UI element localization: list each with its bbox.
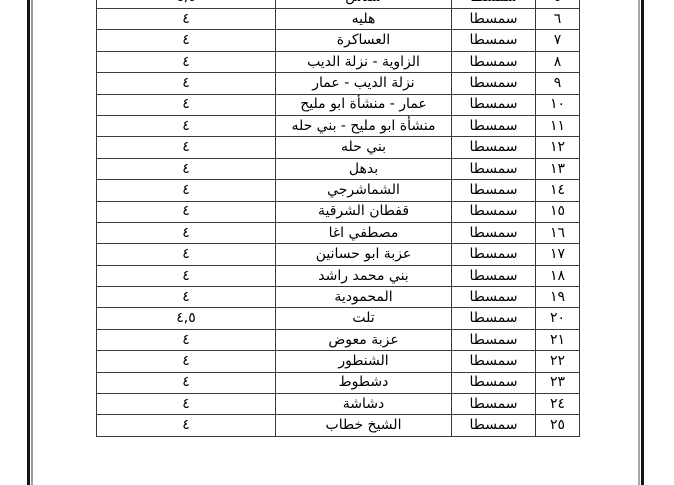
row-number-cell: ٢١ xyxy=(536,329,580,350)
table-row: ٢٤سمسطادشاشة٤ xyxy=(97,394,580,415)
district-cell: سمسطا xyxy=(452,351,536,372)
village-name-cell: تلت xyxy=(276,308,452,329)
row-number-cell: ١١ xyxy=(536,115,580,136)
table-row: ١٥سمسطاقفطان الشرقية٤ xyxy=(97,201,580,222)
value-cell: ٤ xyxy=(97,180,276,201)
row-number-cell: ٢٢ xyxy=(536,351,580,372)
row-number-cell: ١٦ xyxy=(536,222,580,243)
village-name-cell: عزبة معوض xyxy=(276,329,452,350)
district-cell: سمسطا xyxy=(452,265,536,286)
row-number-cell: ٧ xyxy=(536,30,580,51)
district-cell: سمسطا xyxy=(452,51,536,72)
village-name-cell: دشطوط xyxy=(276,372,452,393)
value-cell: ٤ xyxy=(97,201,276,222)
village-name-cell: بني محمد راشد xyxy=(276,265,452,286)
row-number-cell: ١٣ xyxy=(536,158,580,179)
value-cell: ٤ xyxy=(97,372,276,393)
row-number-cell: ٩ xyxy=(536,73,580,94)
value-cell: ٤ xyxy=(97,394,276,415)
value-cell: ٤ xyxy=(97,137,276,158)
row-number-cell: ١٩ xyxy=(536,287,580,308)
page-border-left-shadow-line xyxy=(31,0,33,485)
village-name-cell: هليه xyxy=(276,9,452,30)
district-cell: سمسطا xyxy=(452,115,536,136)
row-number-cell: ١٠ xyxy=(536,94,580,115)
table-row: ٢٥سمسطاالشيخ خطاب٤ xyxy=(97,415,580,436)
table-row: ١٠سمسطاعمار - منشأة ابو مليح٤ xyxy=(97,94,580,115)
district-cell: سمسطا xyxy=(452,244,536,265)
value-cell: ٤ xyxy=(97,30,276,51)
village-name-cell: الزاوية - نزلة الديب xyxy=(276,51,452,72)
village-name-cell: عمار - منشأة ابو مليح xyxy=(276,94,452,115)
table-row: ٨سمسطاالزاوية - نزلة الديب٤ xyxy=(97,51,580,72)
district-cell: سمسطا xyxy=(452,222,536,243)
district-cell: سمسطا xyxy=(452,415,536,436)
row-number-cell: ١٢ xyxy=(536,137,580,158)
district-cell: سمسطا xyxy=(452,287,536,308)
row-number-cell: ٥ xyxy=(536,0,580,9)
value-cell: ٤ xyxy=(97,351,276,372)
village-name-cell: دشاشة xyxy=(276,394,452,415)
village-name-cell: الشيخ خطاب xyxy=(276,415,452,436)
value-cell: ٤ xyxy=(97,329,276,350)
row-number-cell: ٢٥ xyxy=(536,415,580,436)
table-row: ١٩سمسطاالمحمودية٤ xyxy=(97,287,580,308)
district-cell: سمسطا xyxy=(452,137,536,158)
table-row: ١٦سمسطامصطفي اغا٤ xyxy=(97,222,580,243)
table-row: ٢٢سمسطاالشنطور٤ xyxy=(97,351,580,372)
value-cell: ٤ xyxy=(97,51,276,72)
village-name-cell: مصطفي اغا xyxy=(276,222,452,243)
district-cell: سمسطا xyxy=(452,308,536,329)
value-cell: ٤,٥ xyxy=(97,0,276,9)
table-row: ٩سمسطانزلة الديب - عمار٤ xyxy=(97,73,580,94)
district-cell: سمسطا xyxy=(452,201,536,222)
district-cell: سمسطا xyxy=(452,372,536,393)
village-name-cell: الشنطور xyxy=(276,351,452,372)
table-row: ٧سمسطاالعساكرة٤ xyxy=(97,30,580,51)
table-row: ٥سمسطاسدس٤,٥ xyxy=(97,0,580,9)
district-cell: سمسطا xyxy=(452,9,536,30)
page-border-right-shadow-line xyxy=(638,0,640,485)
table-row: ٢٣سمسطادشطوط٤ xyxy=(97,372,580,393)
table-row: ١٧سمسطاعزبة ابو حسانين٤ xyxy=(97,244,580,265)
district-cell: سمسطا xyxy=(452,0,536,9)
table-row: ٢٠سمسطاتلت٤,٥ xyxy=(97,308,580,329)
row-number-cell: ٦ xyxy=(536,9,580,30)
row-number-cell: ٢٠ xyxy=(536,308,580,329)
document-page: ٥سمسطاسدس٤,٥٦سمسطاهليه٤٧سمسطاالعساكرة٤٨س… xyxy=(0,0,674,485)
table-row: ٦سمسطاهليه٤ xyxy=(97,9,580,30)
district-cell: سمسطا xyxy=(452,329,536,350)
row-number-cell: ١٥ xyxy=(536,201,580,222)
value-cell: ٤ xyxy=(97,415,276,436)
district-cell: سمسطا xyxy=(452,30,536,51)
row-number-cell: ٢٣ xyxy=(536,372,580,393)
value-cell: ٤ xyxy=(97,265,276,286)
row-number-cell: ٢٤ xyxy=(536,394,580,415)
value-cell: ٤ xyxy=(97,244,276,265)
table-row: ١٨سمسطابني محمد راشد٤ xyxy=(97,265,580,286)
value-cell: ٤ xyxy=(97,222,276,243)
district-cell: سمسطا xyxy=(452,394,536,415)
village-name-cell: بني حله xyxy=(276,137,452,158)
page-border-right-line xyxy=(641,0,644,485)
table-row: ٢١سمسطاعزبة معوض٤ xyxy=(97,329,580,350)
table-row: ١٢سمسطابني حله٤ xyxy=(97,137,580,158)
village-name-cell: العساكرة xyxy=(276,30,452,51)
village-name-cell: الشماشرجي xyxy=(276,180,452,201)
value-cell: ٤ xyxy=(97,115,276,136)
table-row: ١٣سمسطابدهل٤ xyxy=(97,158,580,179)
row-number-cell: ٨ xyxy=(536,51,580,72)
value-cell: ٤ xyxy=(97,158,276,179)
district-cell: سمسطا xyxy=(452,180,536,201)
value-cell: ٤ xyxy=(97,94,276,115)
village-name-cell: المحمودية xyxy=(276,287,452,308)
row-number-cell: ١٤ xyxy=(536,180,580,201)
value-cell: ٤ xyxy=(97,287,276,308)
village-name-cell: بدهل xyxy=(276,158,452,179)
value-cell: ٤ xyxy=(97,9,276,30)
villages-table-body: ٥سمسطاسدس٤,٥٦سمسطاهليه٤٧سمسطاالعساكرة٤٨س… xyxy=(97,0,580,436)
district-cell: سمسطا xyxy=(452,158,536,179)
table-row: ١١سمسطامنشأة ابو مليح - بني حله٤ xyxy=(97,115,580,136)
table-row: ١٤سمسطاالشماشرجي٤ xyxy=(97,180,580,201)
value-cell: ٤,٥ xyxy=(97,308,276,329)
villages-table: ٥سمسطاسدس٤,٥٦سمسطاهليه٤٧سمسطاالعساكرة٤٨س… xyxy=(96,0,580,437)
village-name-cell: نزلة الديب - عمار xyxy=(276,73,452,94)
row-number-cell: ١٨ xyxy=(536,265,580,286)
value-cell: ٤ xyxy=(97,73,276,94)
village-name-cell: سدس xyxy=(276,0,452,9)
district-cell: سمسطا xyxy=(452,73,536,94)
page-border-left-line xyxy=(27,0,30,485)
row-number-cell: ١٧ xyxy=(536,244,580,265)
village-name-cell: منشأة ابو مليح - بني حله xyxy=(276,115,452,136)
village-name-cell: قفطان الشرقية xyxy=(276,201,452,222)
district-cell: سمسطا xyxy=(452,94,536,115)
village-name-cell: عزبة ابو حسانين xyxy=(276,244,452,265)
